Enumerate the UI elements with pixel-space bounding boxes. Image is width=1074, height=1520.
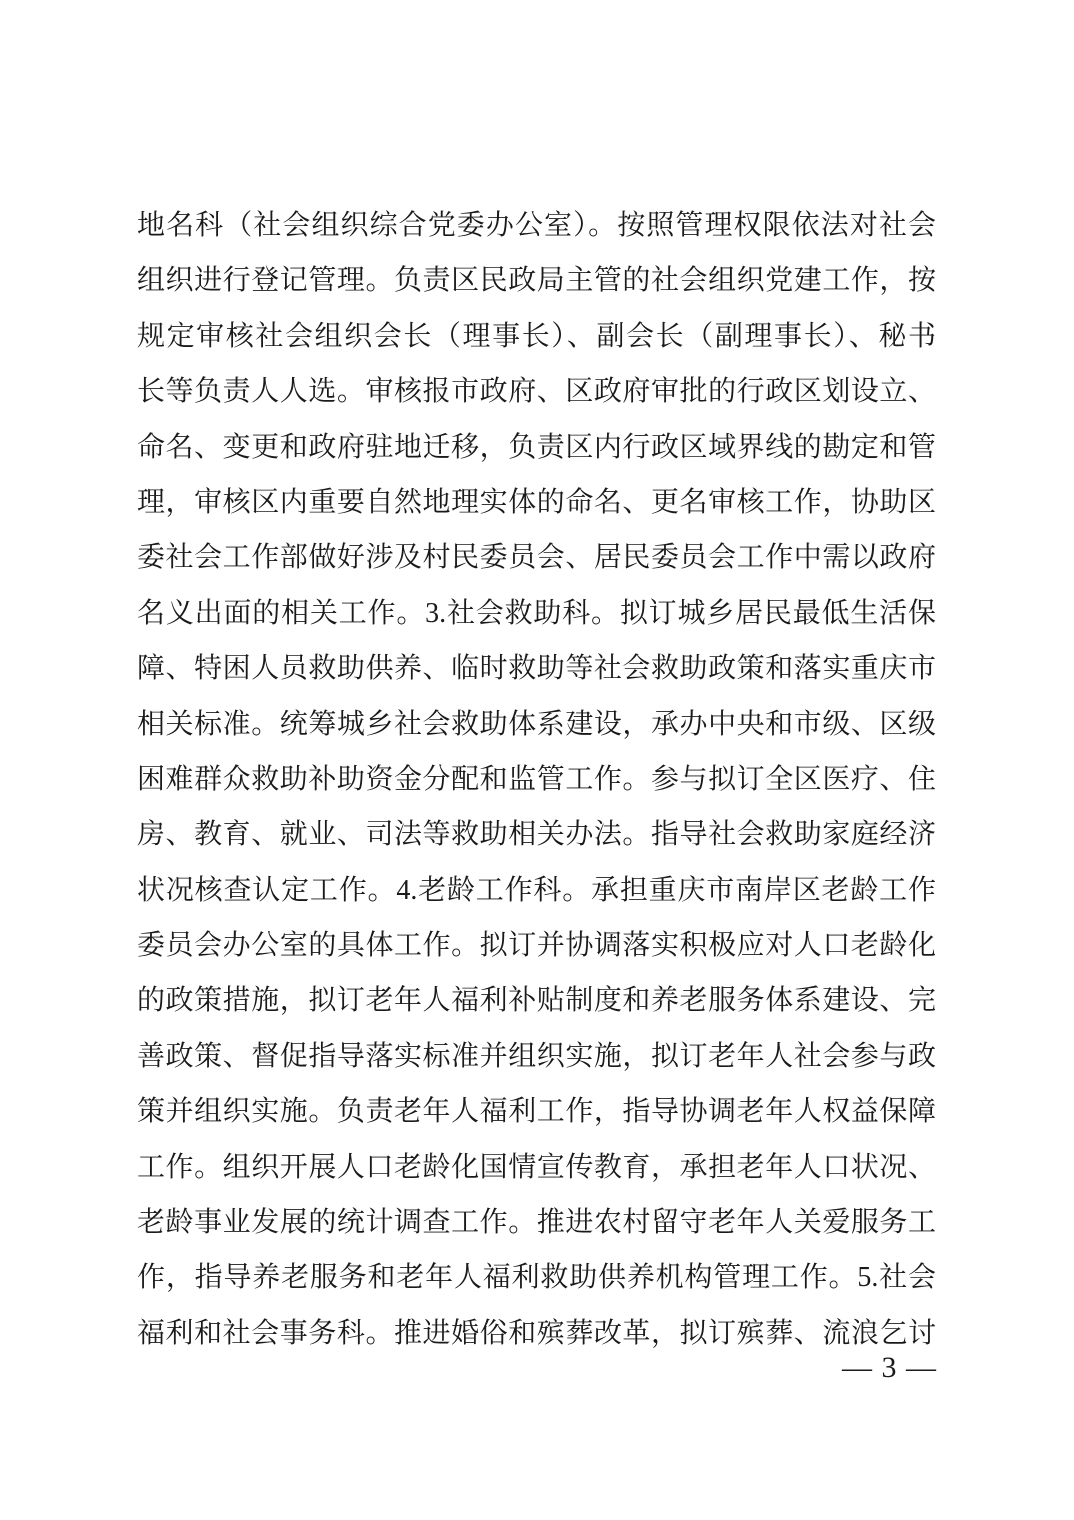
text-line: 理，审核区内重要自然地理实体的命名、更名审核工作，协助区	[137, 475, 936, 530]
text-line: 的政策措施，拟订老年人福利补贴制度和养老服务体系建设、完	[137, 973, 936, 1028]
text-line: 组织进行登记管理。负责区民政局主管的社会组织党建工作，按	[137, 253, 936, 308]
text-line: 障、特困人员救助供养、临时救助等社会救助政策和落实重庆市	[137, 641, 936, 696]
document-page: 地名科（社会组织综合党委办公室）。按照管理权限依法对社会 组织进行登记管理。负责…	[0, 0, 1074, 1520]
text-line: 命名、变更和政府驻地迁移，负责区内行政区域界线的勘定和管	[137, 420, 936, 475]
text-line: 长等负责人人选。审核报市政府、区政府审批的行政区划设立、	[137, 364, 936, 419]
text-line: 委员会办公室的具体工作。拟订并协调落实积极应对人口老龄化	[137, 918, 936, 973]
text-line: 福利和社会事务科。推进婚俗和殡葬改革，拟订殡葬、流浪乞讨	[137, 1306, 936, 1361]
text-line: 作，指导养老服务和老年人福利救助供养机构管理工作。5.社会	[137, 1250, 936, 1305]
text-line: 老龄事业发展的统计调查工作。推进农村留守老年人关爱服务工	[137, 1195, 936, 1250]
text-line: 地名科（社会组织综合党委办公室）。按照管理权限依法对社会	[137, 198, 936, 253]
text-line: 房、教育、就业、司法等救助相关办法。指导社会救助家庭经济	[137, 807, 936, 862]
text-line: 名义出面的相关工作。3.社会救助科。拟订城乡居民最低生活保	[137, 586, 936, 641]
text-line: 状况核查认定工作。4.老龄工作科。承担重庆市南岸区老龄工作	[137, 863, 936, 918]
text-line: 困难群众救助补助资金分配和监管工作。参与拟订全区医疗、住	[137, 752, 936, 807]
page-number: — 3 —	[842, 1350, 937, 1386]
text-line: 相关标准。统筹城乡社会救助体系建设，承办中央和市级、区级	[137, 697, 936, 752]
text-line: 委社会工作部做好涉及村民委员会、居民委员会工作中需以政府	[137, 530, 936, 585]
text-line: 工作。组织开展人口老龄化国情宣传教育，承担老年人口状况、	[137, 1140, 936, 1195]
text-line: 规定审核社会组织会长（理事长）、副会长（副理事长）、秘书	[137, 309, 936, 364]
document-body: 地名科（社会组织综合党委办公室）。按照管理权限依法对社会 组织进行登记管理。负责…	[137, 198, 936, 1361]
text-line: 善政策、督促指导落实标准并组织实施，拟订老年人社会参与政	[137, 1029, 936, 1084]
text-line: 策并组织实施。负责老年人福利工作，指导协调老年人权益保障	[137, 1084, 936, 1139]
